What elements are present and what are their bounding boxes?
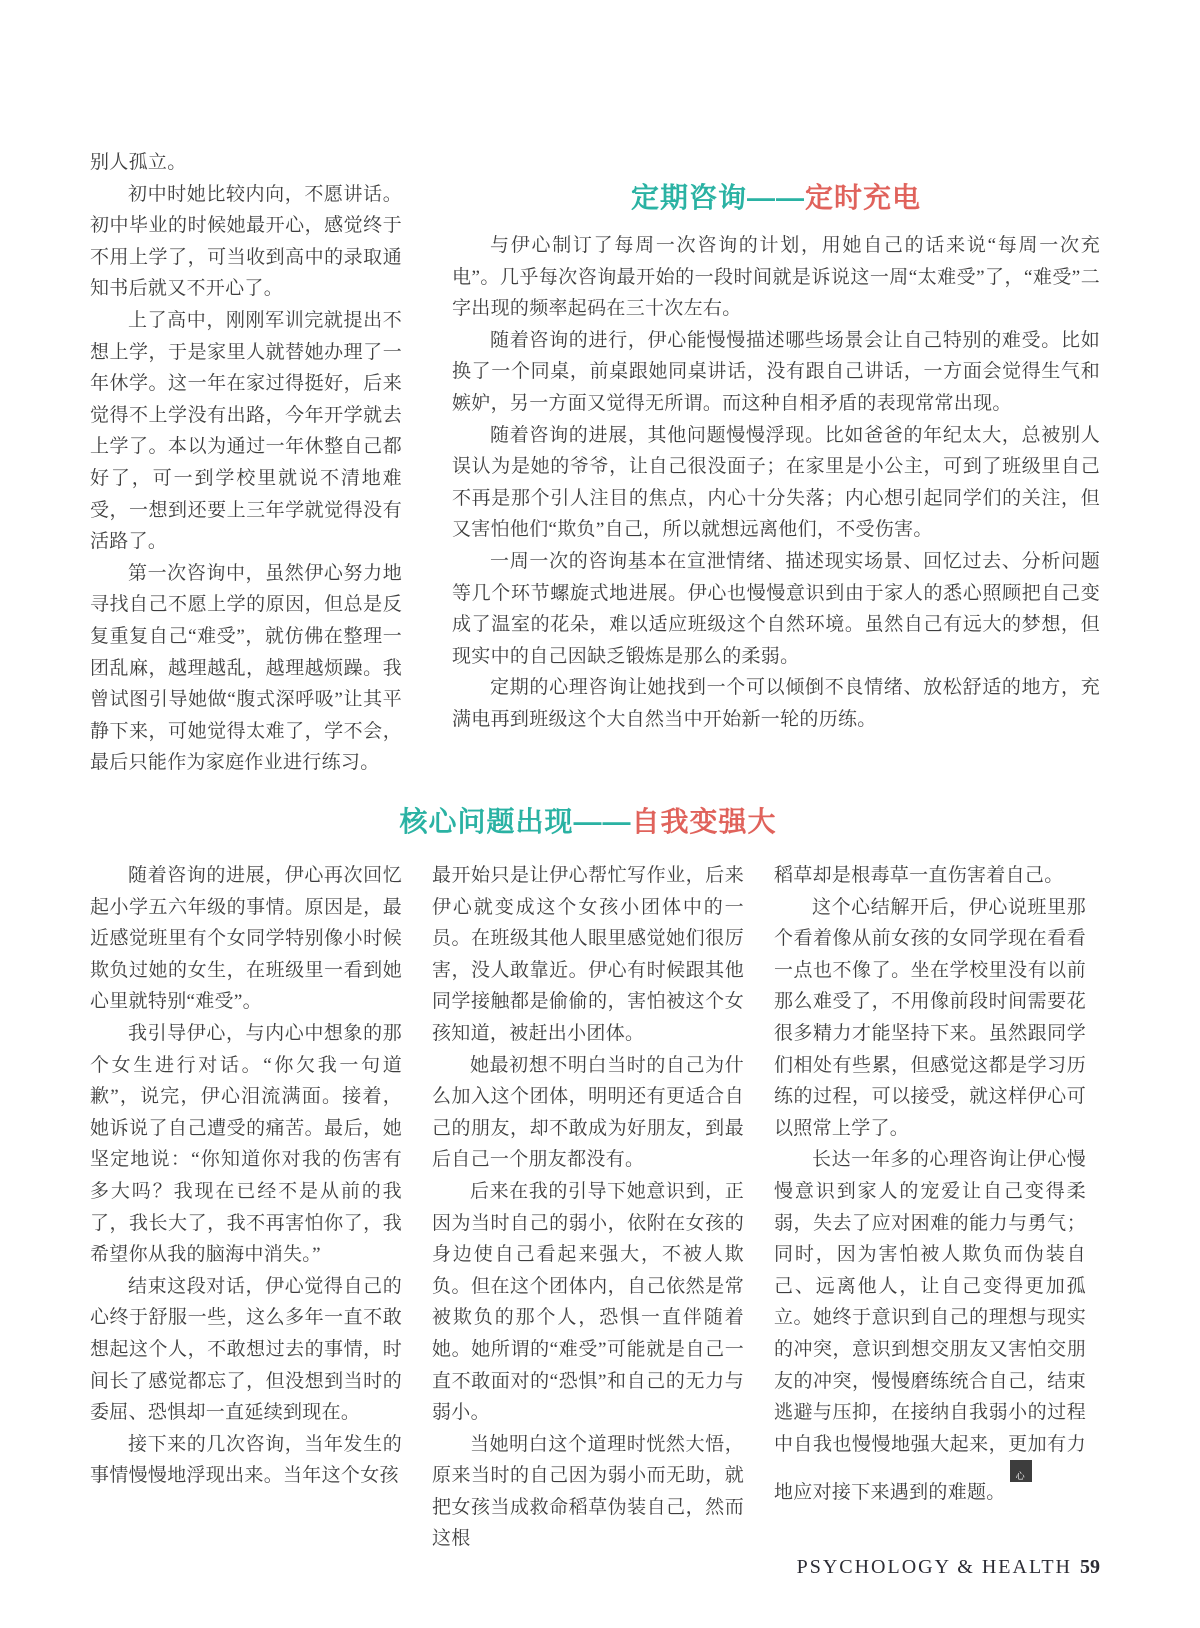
- intro-column: 别人孤立。 初中时她比较内向，不愿讲话。初中毕业的时候她最开心，感觉终于不用上学…: [90, 147, 402, 779]
- paragraph-text: 长达一年多的心理咨询让伊心慢慢意识到家人的宠爱让自己变得柔弱，失去了应对困难的能…: [774, 1149, 1086, 1503]
- heading-red-text: 自我变强大: [632, 806, 777, 837]
- paragraph: 当她明白这个道理时恍然大悟，原来当时的自己因为弱小而无助，就把女孩当成救命稻草伪…: [432, 1429, 744, 1555]
- paragraph: 后来在我的引导下她意识到，正因为当时自己的弱小，依附在女孩的身边使自己看起来强大…: [432, 1176, 744, 1429]
- section2-column-2: 最开始只是让伊心帮忙写作业，后来伊心就变成这个女孩小团体中的一员。在班级其他人眼…: [432, 860, 744, 1555]
- paragraph: 别人孤立。: [90, 147, 402, 179]
- footer: PSYCHOLOGY & HEALTH59: [797, 1556, 1100, 1579]
- section2-heading: 核心问题出现——自我变强大: [90, 800, 1086, 840]
- paragraph: 她最初想不明白当时的自己为什么加入这个团体，明明还有更适合自己的朋友，却不敢成为…: [432, 1050, 744, 1176]
- section1-block: 定期咨询——定时充电 与伊心制订了每周一次咨询的计划，用她自己的话来说“每周一次…: [452, 176, 1100, 736]
- paragraph: 上了高中，刚刚军训完就提出不想上学，于是家里人就替她办理了一年休学。这一年在家过…: [90, 305, 402, 558]
- paragraph: 随着咨询的进展，伊心再次回忆起小学五六年级的事情。原因是，最近感觉班里有个女同学…: [90, 860, 402, 1018]
- section2-column-3: 稻草却是根毒草一直伤害着自己。 这个心结解开后，伊心说班里那个看着像从前女孩的女…: [774, 860, 1086, 1509]
- paragraph: 定期的心理咨询让她找到一个可以倾倒不良情绪、放松舒适的地方，充满电再到班级这个大…: [452, 672, 1100, 735]
- paragraph: 一周一次的咨询基本在宣泄情绪、描述现实场景、回忆过去、分析问题等几个环节螺旋式地…: [452, 546, 1100, 672]
- heading-dash: ——: [747, 182, 805, 213]
- heading-teal-text: 核心问题出现: [399, 806, 573, 837]
- magazine-page: 别人孤立。 初中时她比较内向，不愿讲话。初中毕业的时候她最开心，感觉终于不用上学…: [0, 0, 1200, 1628]
- stamp-text-top: 健心: [1010, 1460, 1032, 1482]
- paragraph: 这个心结解开后，伊心说班里那个看着像从前女孩的女同学现在看看一点也不像了。坐在学…: [774, 892, 1086, 1145]
- paragraph: 第一次咨询中，虽然伊心努力地寻找自己不愿上学的原因，但总是反复重复自己“难受”，…: [90, 558, 402, 779]
- heading-dash: ——: [574, 806, 632, 837]
- paragraph: 接下来的几次咨询，当年发生的事情慢慢地浮现出来。当年这个女孩: [90, 1429, 402, 1492]
- paragraph: 与伊心制订了每周一次咨询的计划，用她自己的话来说“每周一次充电”。几乎每次咨询最…: [452, 230, 1100, 325]
- end-mark-stamp: 健心康理: [1010, 1460, 1032, 1482]
- stamp-text-bottom: 康理: [1010, 1482, 1032, 1504]
- paragraph: 我引导伊心，与内心中想象的那个女生进行对话。“你欠我一句道歉”，说完，伊心泪流满…: [90, 1018, 402, 1271]
- page-number: 59: [1080, 1556, 1100, 1578]
- paragraph: 随着咨询的进行，伊心能慢慢描述哪些场景会让自己特别的难受。比如换了一个同桌，前桌…: [452, 325, 1100, 420]
- paragraph: 随着咨询的进展，其他问题慢慢浮现。比如爸爸的年纪太大，总被别人误认为是她的爷爷，…: [452, 420, 1100, 546]
- heading-teal-text: 定期咨询: [631, 182, 747, 213]
- paragraph: 稻草却是根毒草一直伤害着自己。: [774, 860, 1086, 892]
- section2-heading-row: 核心问题出现——自我变强大: [90, 800, 1086, 854]
- heading-red-text: 定时充电: [805, 182, 921, 213]
- section1-heading: 定期咨询——定时充电: [452, 176, 1100, 216]
- paragraph: 结束这段对话，伊心觉得自己的心终于舒服一些，这么多年一直不敢想起这个人，不敢想过…: [90, 1271, 402, 1429]
- section2-column-1: 随着咨询的进展，伊心再次回忆起小学五六年级的事情。原因是，最近感觉班里有个女同学…: [90, 860, 402, 1492]
- paragraph: 长达一年多的心理咨询让伊心慢慢意识到家人的宠爱让自己变得柔弱，失去了应对困难的能…: [774, 1144, 1086, 1509]
- paragraph: 最开始只是让伊心帮忙写作业，后来伊心就变成这个女孩小团体中的一员。在班级其他人眼…: [432, 860, 744, 1050]
- journal-name: PSYCHOLOGY & HEALTH: [797, 1556, 1072, 1578]
- paragraph: 初中时她比较内向，不愿讲话。初中毕业的时候她最开心，感觉终于不用上学了，可当收到…: [90, 179, 402, 305]
